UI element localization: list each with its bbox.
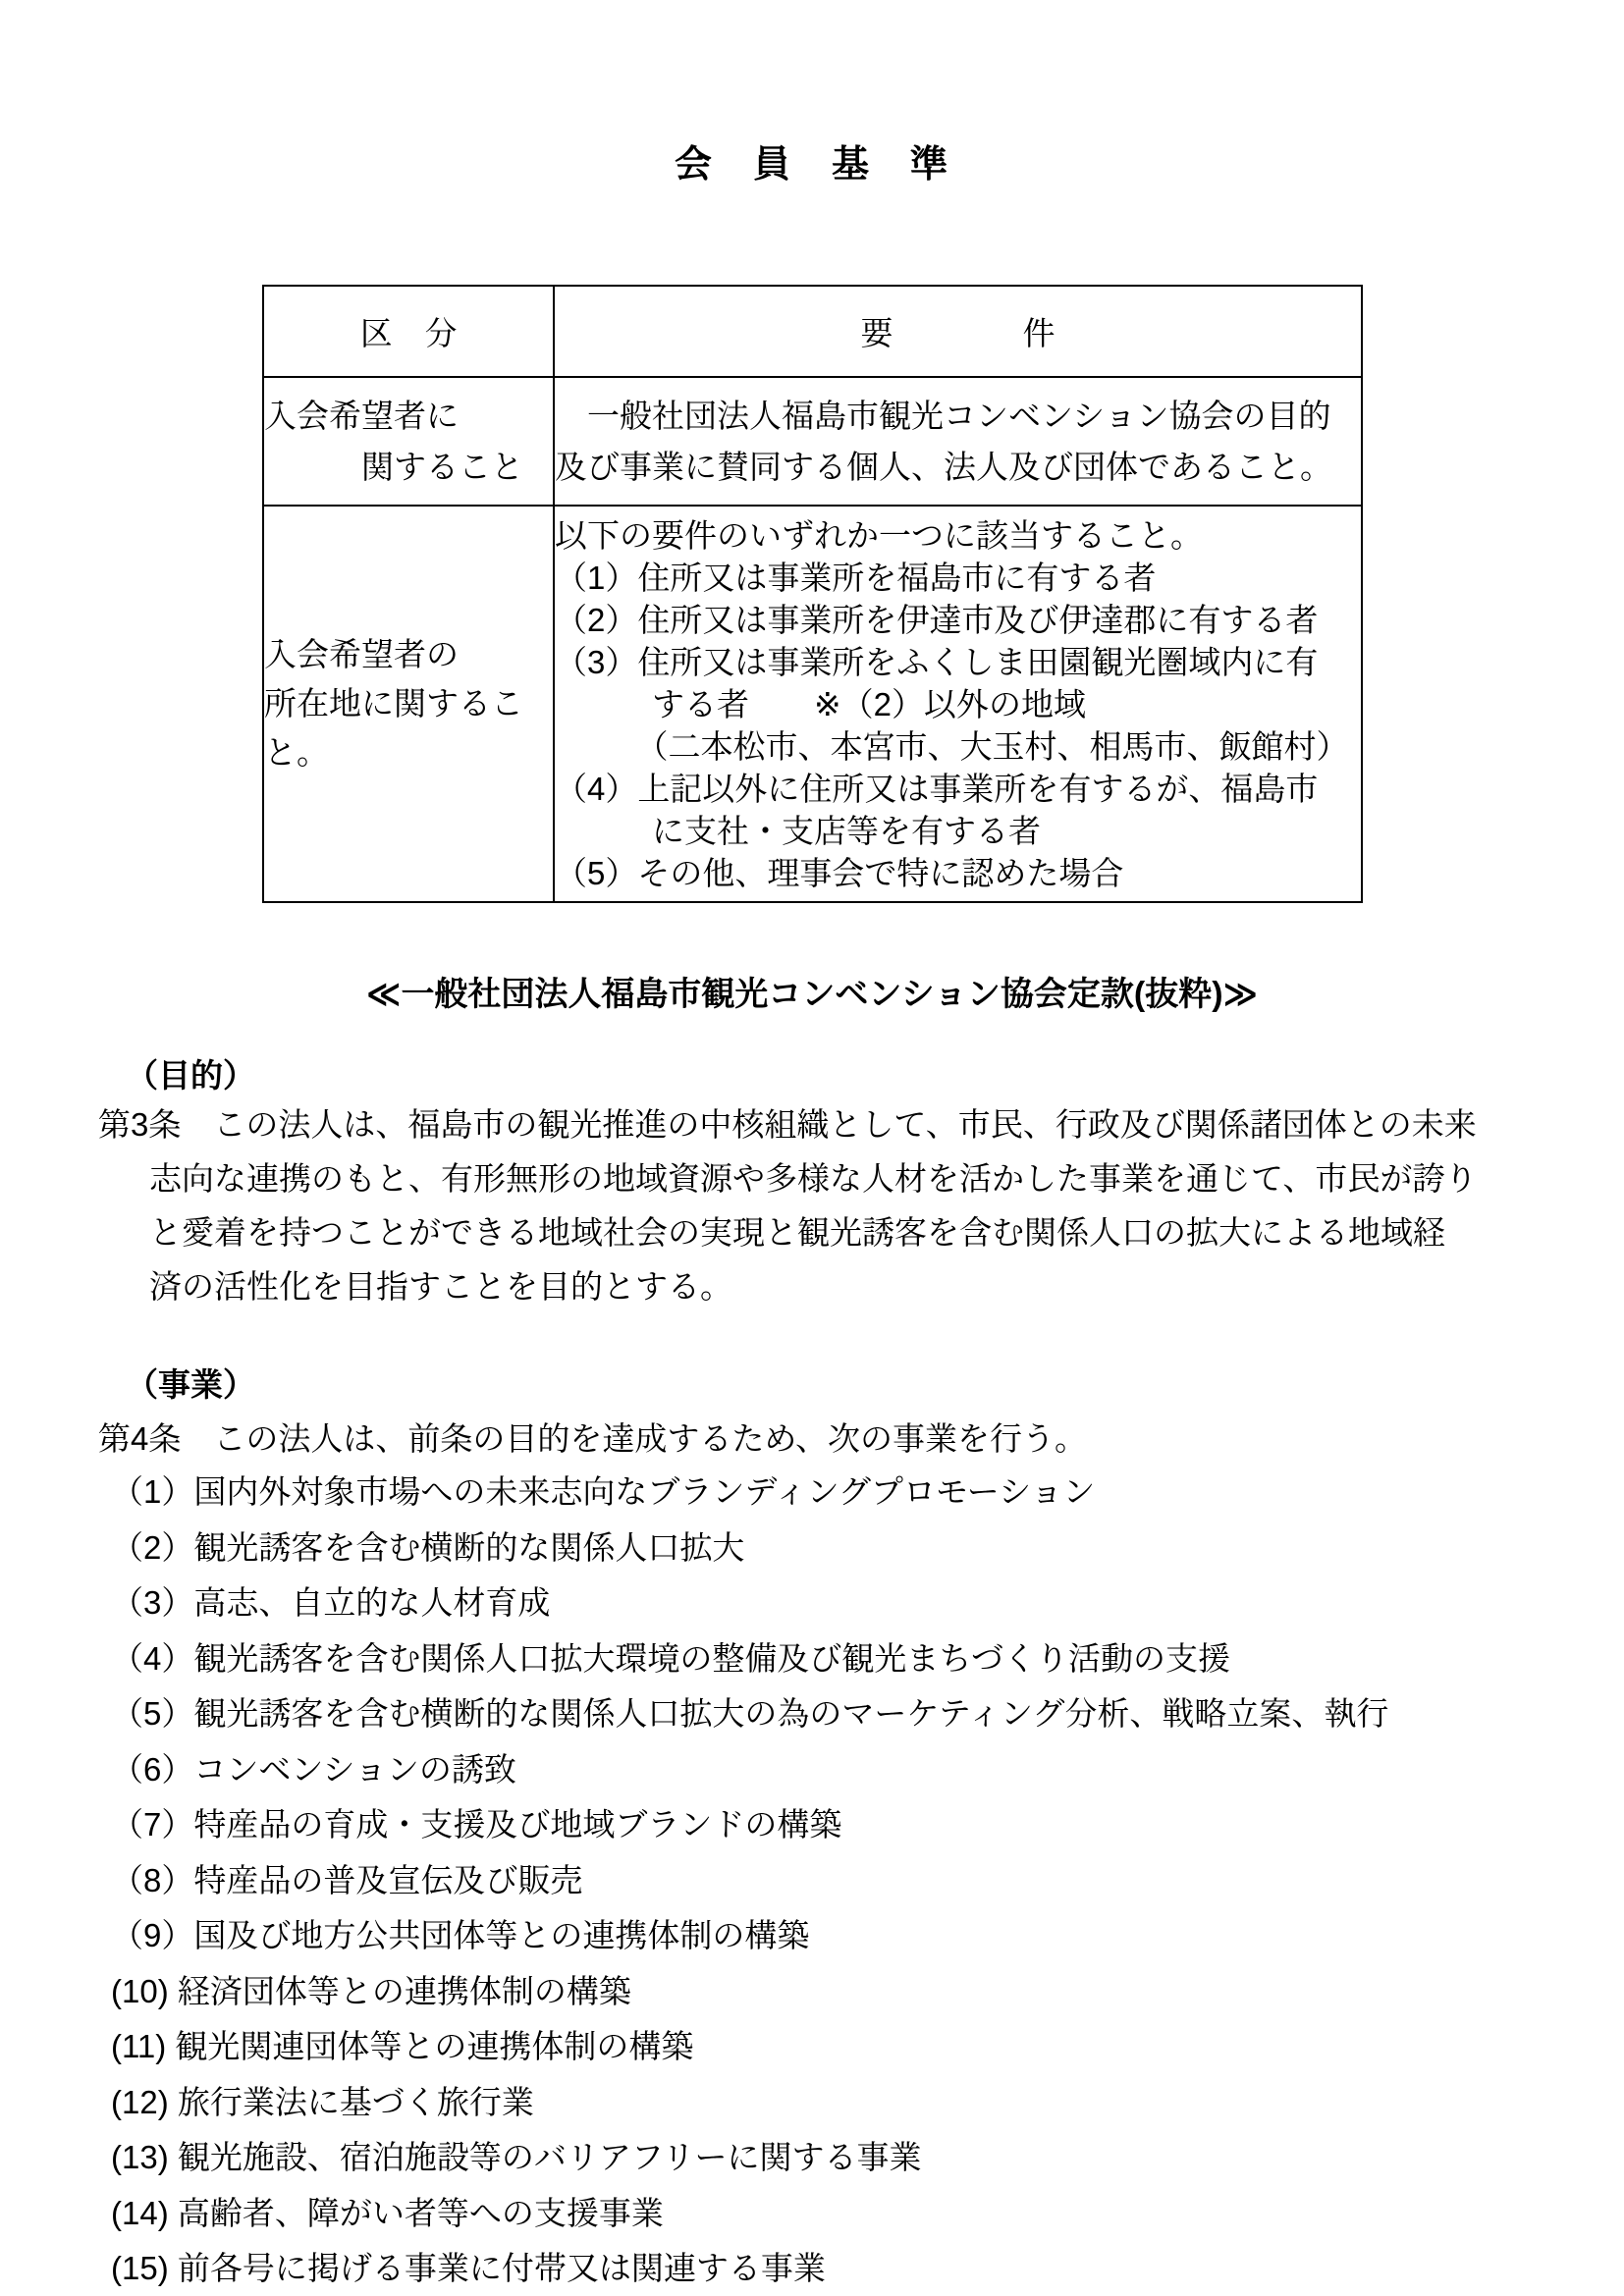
business-item-1: （1）国内外対象市場への未来志向なブランディングプロモーション: [111, 1465, 1544, 1521]
business-item-8: （8）特産品の普及宣伝及び販売: [111, 1853, 1544, 1909]
business-item-11: (11) 観光関連団体等との連携体制の構築: [111, 2019, 1544, 2075]
table-row: 入会希望者の 所在地に関するこ と。 以下の要件のいずれか一つに該当すること。 …: [263, 506, 1362, 902]
document-page: 会 員 基 準 区 分 要 件 入会希望者に 関すること 一般社団法人福島市観光…: [0, 0, 1624, 2296]
article-3-text: 第3条 この法人は、福島市の観光推進の中核組織として、市民、行政及び関係諸団体と…: [98, 1097, 1593, 1313]
membership-table: 区 分 要 件 入会希望者に 関すること 一般社団法人福島市観光コンベンション協…: [262, 285, 1363, 903]
business-section-label: （事業）: [126, 1360, 255, 1406]
business-item-6: （6）コンベンションの誘致: [111, 1742, 1544, 1798]
business-item-2: （2）観光誘客を含む横断的な関係人口拡大: [111, 1521, 1544, 1576]
business-item-7: （7）特産品の育成・支援及び地域ブランドの構築: [111, 1797, 1544, 1853]
row-category-members: 入会希望者に 関すること: [263, 377, 554, 506]
business-item-13: (13) 観光施設、宿泊施設等のバリアフリーに関する事業: [111, 2130, 1544, 2186]
business-items-list: （1）国内外対象市場への未来志向なブランディングプロモーション （2）観光誘客を…: [111, 1465, 1544, 2296]
row-category-location: 入会希望者の 所在地に関するこ と。: [263, 506, 554, 902]
business-item-14: (14) 高齢者、障がい者等への支援事業: [111, 2186, 1544, 2242]
business-item-4: （4）観光誘客を含む関係人口拡大環境の整備及び観光まちづくり活動の支援: [111, 1631, 1544, 1687]
purpose-section-label: （目的）: [126, 1050, 255, 1096]
row-requirement-location: 以下の要件のいずれか一つに該当すること。 （1）住所又は事業所を福島市に有する者…: [554, 506, 1362, 902]
business-item-9: （9）国及び地方公共団体等との連携体制の構築: [111, 1908, 1544, 1964]
business-item-15: (15) 前各号に掲げる事業に付帯又は関連する事業: [111, 2241, 1544, 2296]
table-header-row: 区 分 要 件: [263, 286, 1362, 377]
business-item-5: （5）観光誘客を含む横断的な関係人口拡大の為のマーケティング分析、戦略立案、執行: [111, 1686, 1544, 1742]
row-requirement-members: 一般社団法人福島市観光コンベンション協会の目的 及び事業に賛同する個人、法人及び…: [554, 377, 1362, 506]
page-title: 会 員 基 準: [0, 133, 1624, 187]
table-header-category: 区 分: [263, 286, 554, 377]
business-item-10: (10) 経済団体等との連携体制の構築: [111, 1964, 1544, 2020]
table-header-requirement: 要 件: [554, 286, 1362, 377]
bylaws-heading: ≪一般社団法人福島市観光コンベンション協会定款(抜粋)≫: [0, 967, 1624, 1015]
business-item-12: (12) 旅行業法に基づく旅行業: [111, 2075, 1544, 2131]
business-item-3: （3）高志、自立的な人材育成: [111, 1575, 1544, 1631]
table-row: 入会希望者に 関すること 一般社団法人福島市観光コンベンション協会の目的 及び事…: [263, 377, 1362, 506]
article-4-intro: 第4条 この法人は、前条の目的を達成するため、次の事業を行う。: [98, 1415, 1087, 1463]
